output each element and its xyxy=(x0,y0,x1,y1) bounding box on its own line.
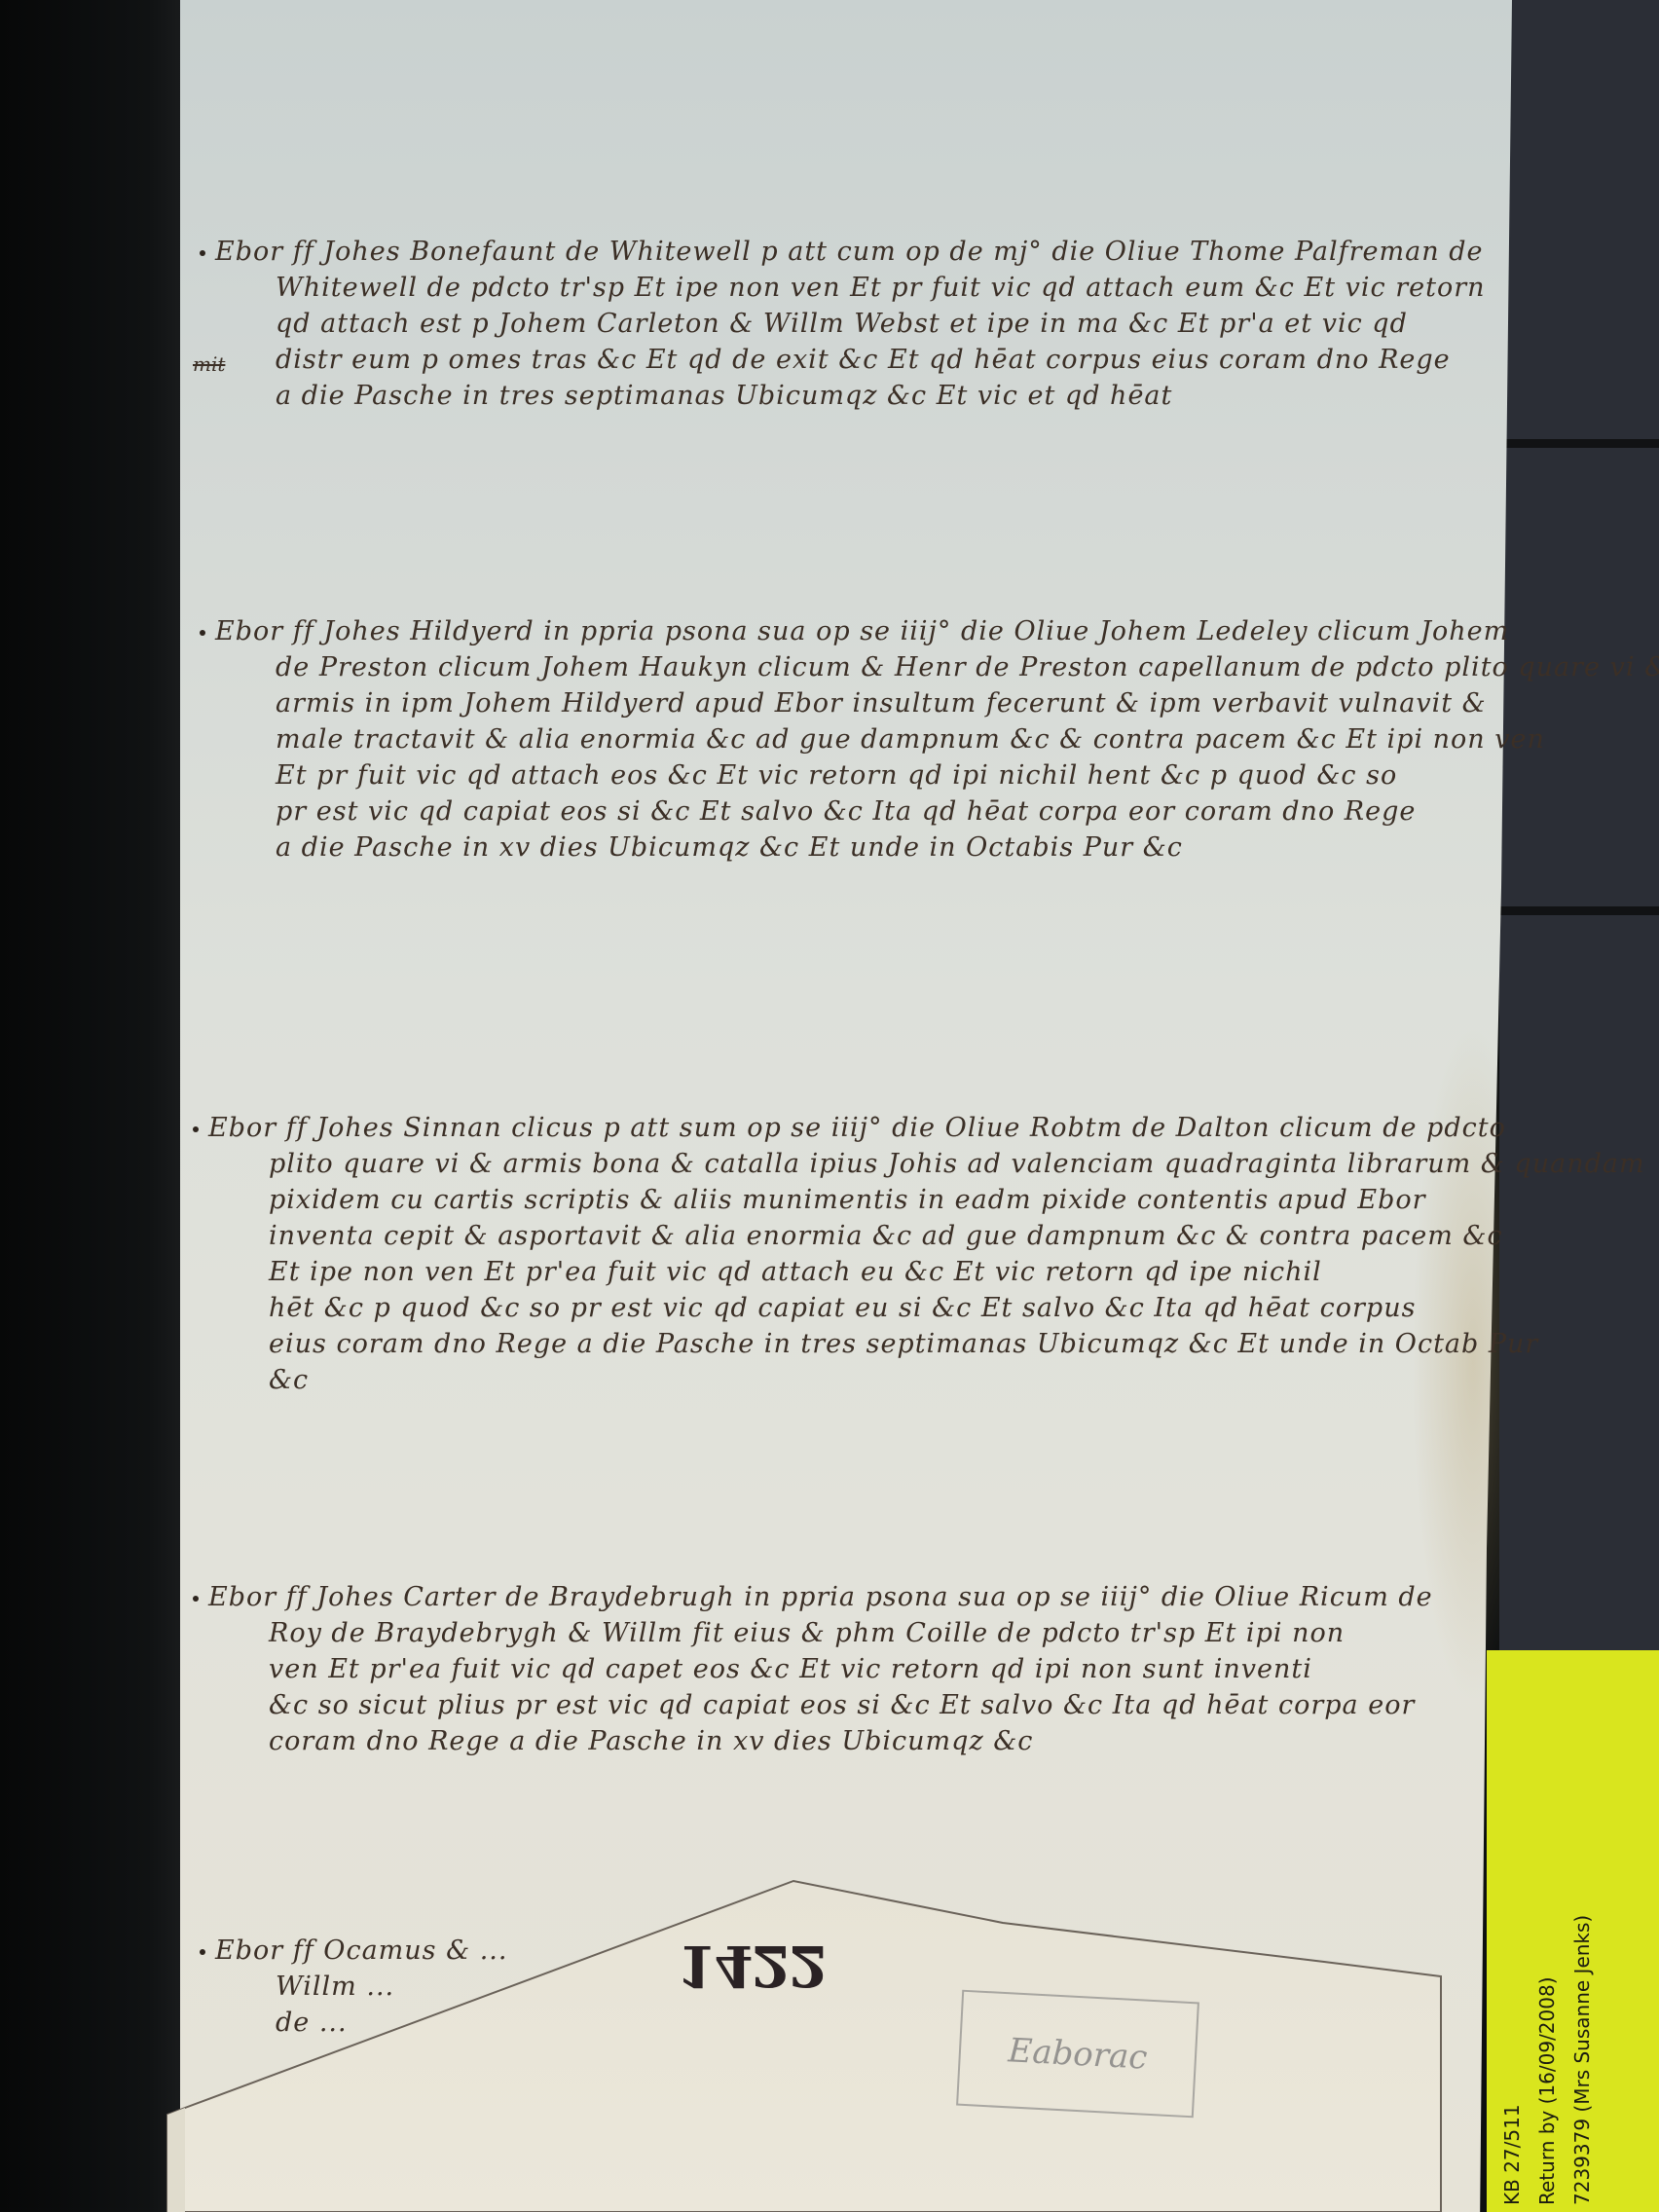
entry-line: a die Pasche in tres septimanas Ubicumqz… xyxy=(276,378,1486,414)
entry-line: Ebor ff Johes Sinnan clicus p att sum op… xyxy=(193,1110,1645,1146)
entry-2: Ebor ff Johes Hildyerd in ppria psona su… xyxy=(276,613,1659,866)
label-reader: 7239379 (Mrs Susanne Jenks) xyxy=(1565,1660,1600,2205)
entry-line: Et pr fuit vic qd attach eos &c Et vic r… xyxy=(276,757,1659,793)
entry-line: de Preston clicum Johem Haukyn clicum & … xyxy=(276,649,1659,685)
label-return-date: Return by (16/09/2008) xyxy=(1530,1660,1565,2205)
bullet-dot xyxy=(193,1596,199,1602)
fold-stamp: Eaborac xyxy=(956,1990,1199,2119)
bullet-dot xyxy=(200,250,205,256)
bullet-dot xyxy=(193,1126,199,1132)
label-reference: KB 27/511 xyxy=(1494,1660,1530,2205)
bullet-dot xyxy=(200,1949,205,1955)
entry-line: inventa cepit & asportavit & alia enormi… xyxy=(269,1218,1645,1254)
entry-line: Ebor ff Johes Bonefaunt de Whitewell p a… xyxy=(200,234,1486,270)
entry-line: plito quare vi & armis bona & catalla ip… xyxy=(269,1146,1645,1182)
margin-note: mit xyxy=(193,352,225,376)
entry-line: Roy de Braydebrygh & Willm fit eius & ph… xyxy=(269,1615,1433,1651)
entry-line: distr eum p omes tras &c Et qd de exit &… xyxy=(276,342,1486,378)
background-left xyxy=(0,0,185,2212)
background-seam xyxy=(1499,906,1659,915)
entry-line: Et ipe non ven Et pr'ea fuit vic qd atta… xyxy=(269,1254,1645,1290)
entry-line: a die Pasche in xv dies Ubicumqz &c Et u… xyxy=(276,829,1659,866)
entry-line: Ebor ff Johes Carter de Braydebrugh in p… xyxy=(193,1579,1433,1615)
entry-5-partial: Ebor ff Ocamus & ... Willm ... de ... xyxy=(276,1933,507,2041)
entry-line: ven Et pr'ea fuit vic qd capet eos &c Et… xyxy=(269,1651,1433,1687)
entry-line: de ... xyxy=(276,2005,507,2041)
entry-line: pixidem cu cartis scriptis & aliis munim… xyxy=(269,1182,1645,1218)
entry-line: &c so sicut plius pr est vic qd capiat e… xyxy=(269,1687,1433,1723)
entry-line: hēt &c p quod &c so pr est vic qd capiat… xyxy=(269,1290,1645,1326)
background-seam xyxy=(1499,439,1659,448)
entry-line: Ebor ff Ocamus & ... xyxy=(200,1933,507,1969)
bullet-dot xyxy=(200,630,205,636)
entry-line: Willm ... xyxy=(276,1969,507,2005)
entry-line: Whitewell de pdcto tr'sp Et ipe non ven … xyxy=(276,270,1486,306)
entry-line: Ebor ff Johes Hildyerd in ppria psona su… xyxy=(200,613,1659,649)
entry-line: qd attach est p Johem Carleton & Willm W… xyxy=(276,306,1486,342)
entry-line: eius coram dno Rege a die Pasche in tres… xyxy=(269,1326,1645,1362)
entry-4: Ebor ff Johes Carter de Braydebrugh in p… xyxy=(269,1579,1433,1759)
entry-line: &c xyxy=(269,1362,1645,1398)
fold-number: 1422 xyxy=(677,1933,826,1999)
entry-line: pr est vic qd capiat eos si &c Et salvo … xyxy=(276,793,1659,829)
entry-line: armis in ipm Johem Hildyerd apud Ebor in… xyxy=(276,685,1659,721)
archive-label-text: KB 27/511 Return by (16/09/2008) 7239379… xyxy=(1494,1660,1600,2205)
entry-3: Ebor ff Johes Sinnan clicus p att sum op… xyxy=(269,1110,1645,1398)
entry-line: coram dno Rege a die Pasche in xv dies U… xyxy=(269,1723,1433,1759)
entry-line: male tractavit & alia enormia &c ad gue … xyxy=(276,721,1659,757)
entry-1: Ebor ff Johes Bonefaunt de Whitewell p a… xyxy=(276,234,1486,414)
